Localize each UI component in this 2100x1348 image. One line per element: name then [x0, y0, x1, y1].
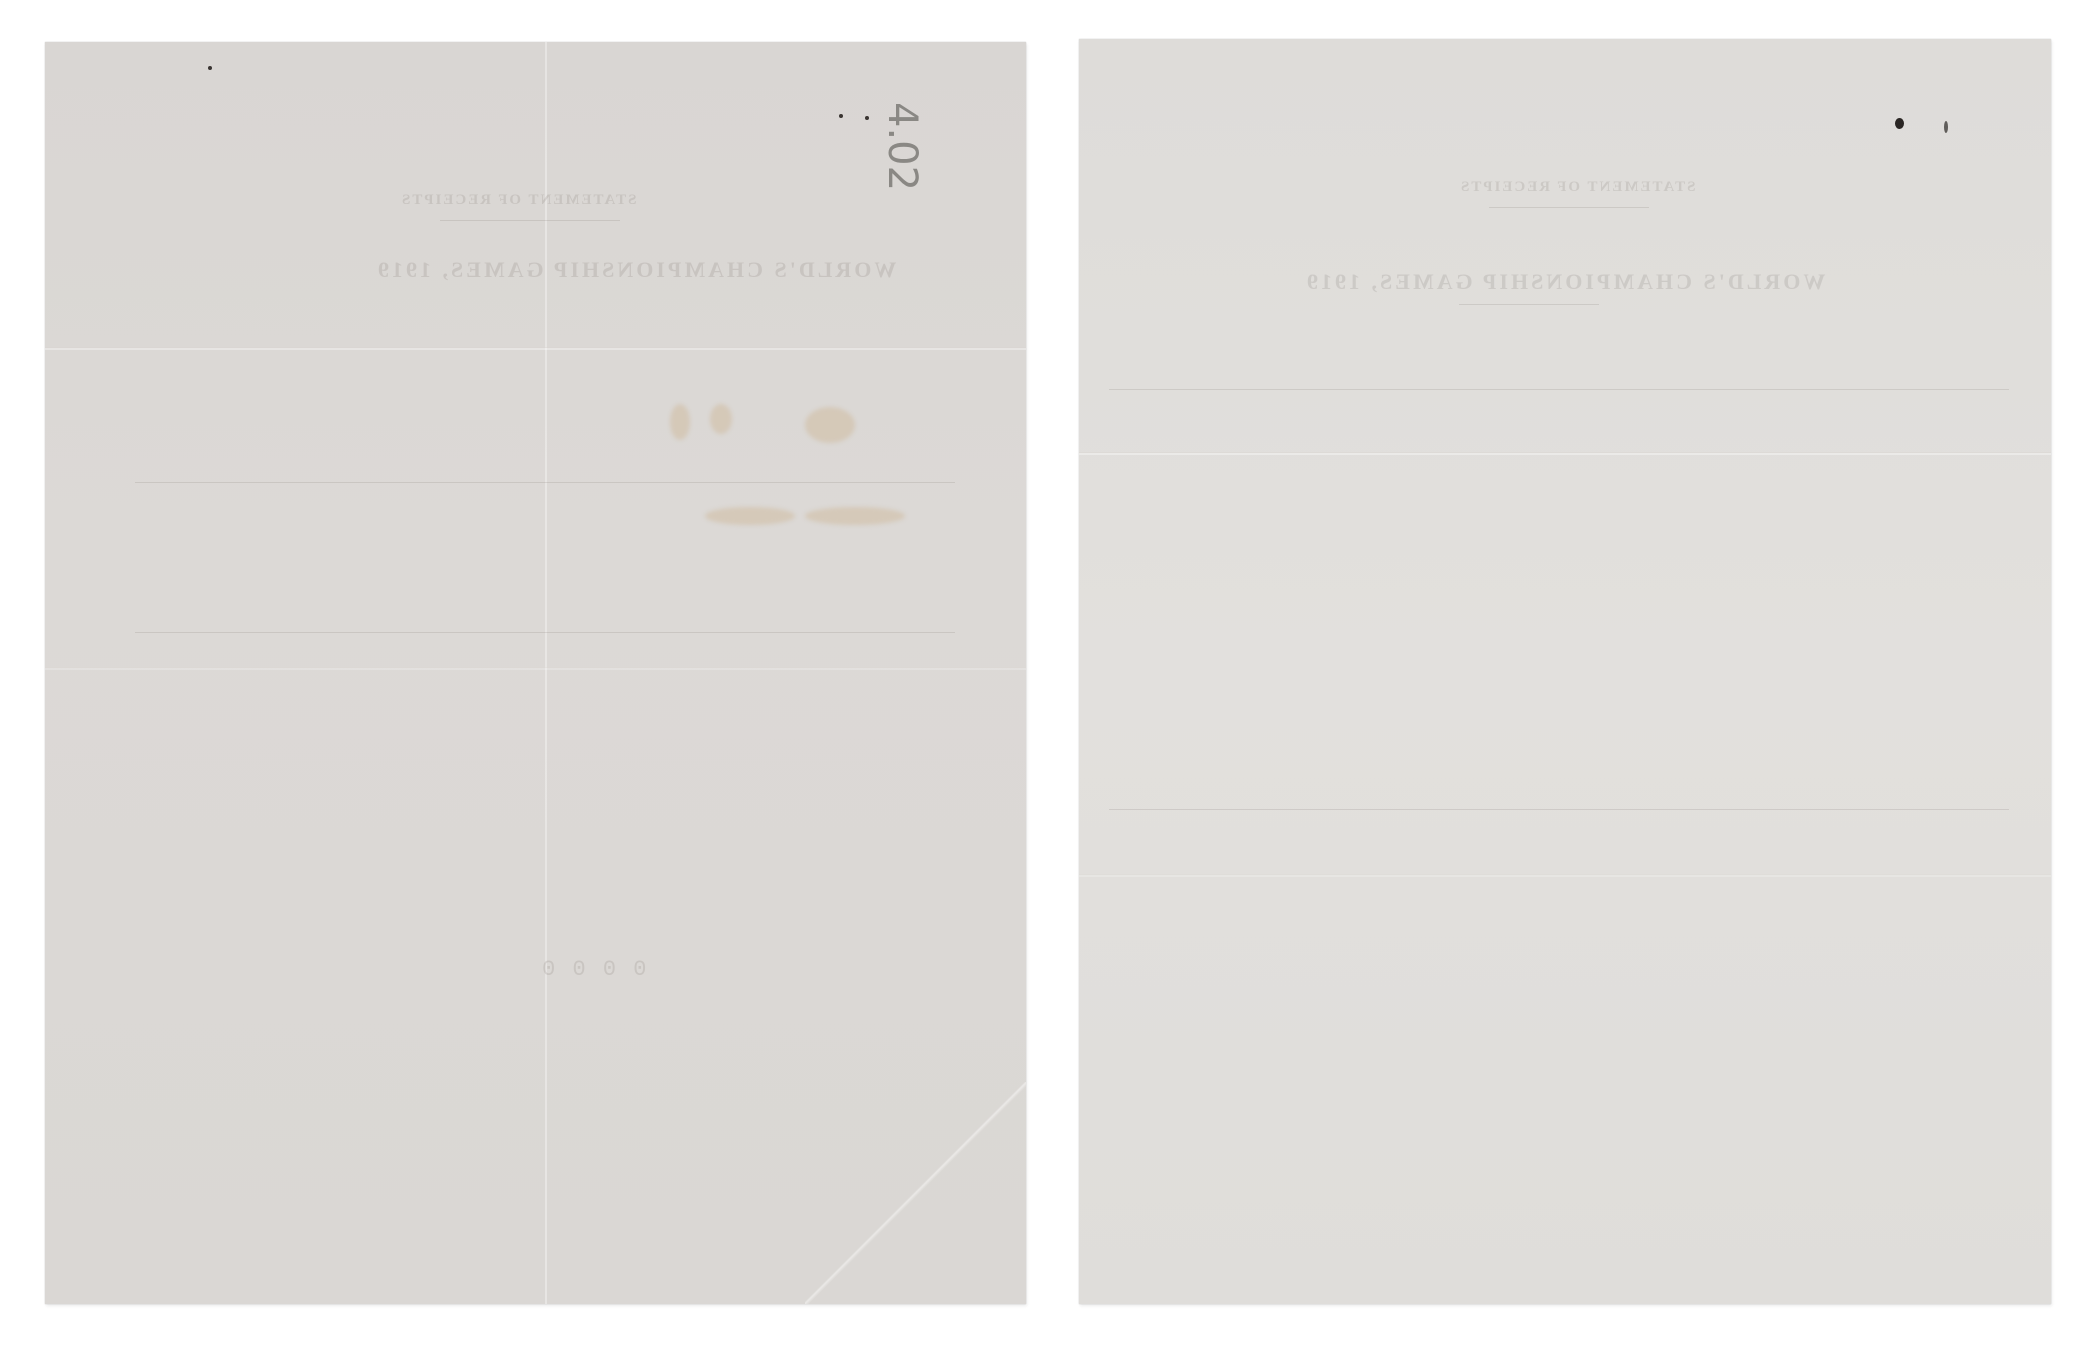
punch-mark	[839, 114, 843, 118]
bleed-through-rule	[1109, 809, 2009, 810]
tan-stain	[805, 507, 905, 525]
tan-stain	[805, 407, 855, 443]
tan-stain	[710, 404, 732, 434]
bleed-through-heading: STATEMENT OF RECEIPTS	[400, 192, 637, 209]
bleed-through-rule	[440, 220, 620, 221]
bleed-through-rule	[135, 632, 955, 633]
horizontal-fold-line	[1079, 452, 2051, 455]
punch-hole	[1944, 121, 1948, 133]
bleed-through-rule	[135, 482, 955, 483]
bleed-through-rule	[1489, 207, 1649, 208]
tan-stain	[705, 507, 795, 525]
horizontal-fold-line-lower	[45, 667, 1026, 670]
horizontal-fold-line	[45, 347, 1026, 350]
bleed-through-title: WORLD'S CHAMPIONSHIP GAMES, 1919	[375, 257, 896, 283]
ink-speck	[208, 66, 212, 70]
horizontal-fold-line-lower	[1079, 874, 2051, 877]
tan-stain	[670, 404, 690, 440]
diagonal-corner-fold	[805, 1082, 1026, 1304]
pencil-notation: 4.02	[879, 102, 925, 191]
left-page-sheet: STATEMENT OF RECEIPTS WORLD'S CHAMPIONSH…	[45, 42, 1026, 1304]
punch-hole	[1895, 118, 1904, 129]
bleed-through-figures: 0 0 0 0	[540, 957, 646, 982]
bleed-through-title: WORLD'S CHAMPIONSHIP GAMES, 1919	[1304, 269, 1825, 295]
right-page-sheet: STATEMENT OF RECEIPTS WORLD'S CHAMPIONSH…	[1079, 39, 2051, 1304]
punch-mark	[865, 116, 869, 120]
vertical-fold-line	[545, 42, 547, 1304]
bleed-through-rule	[1109, 389, 2009, 390]
bleed-through-heading: STATEMENT OF RECEIPTS	[1459, 179, 1696, 196]
bleed-through-rule	[1459, 304, 1599, 305]
